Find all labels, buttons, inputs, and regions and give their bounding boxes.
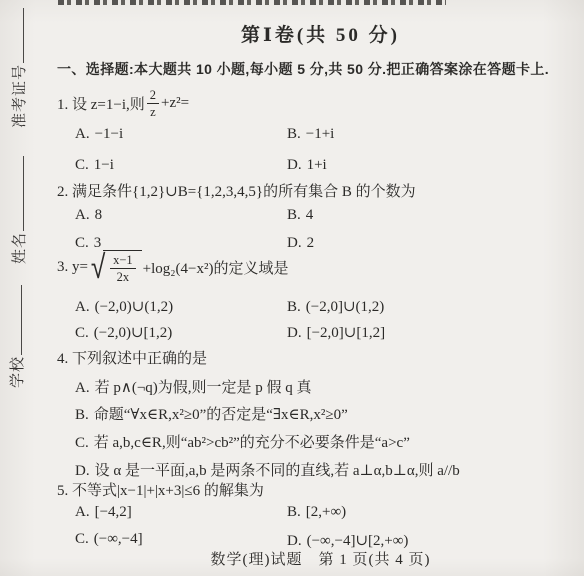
- question-3-stem: 3. y= √ x−1 2x +log₂(4−x²)的定义域是: [57, 250, 288, 285]
- option-label: D.: [75, 463, 90, 479]
- option-label: B.: [287, 504, 301, 520]
- q1-option-d: D.1+i: [287, 157, 327, 174]
- option-value: (−2,0]∪(1,2): [306, 299, 385, 315]
- option-label: A.: [75, 126, 90, 142]
- option-value: −1−i: [95, 126, 124, 142]
- option-label: D.: [287, 157, 302, 173]
- q1-stem-pre: 1. 设 z=1−i,则: [57, 93, 145, 114]
- option-value: 8: [95, 207, 103, 223]
- margin-field-school: 学校: [6, 285, 27, 388]
- fraction-numerator: x−1: [110, 253, 136, 269]
- q4-option-d: D.设 α 是一平面,a,b 是两条不同的直线,若 a⊥α,b⊥α,则 a//b: [75, 459, 460, 480]
- q4-option-a: A.若 p∧(¬q)为假,则一定是 p 假 q 真: [75, 376, 312, 397]
- q3-stem-post: +log₂(4−x²)的定义域是: [143, 257, 289, 278]
- question-5-stem: 5. 不等式|x−1|+|x+3|≤6 的解集为: [57, 479, 264, 500]
- option-value: (−2,0)∪[1,2): [94, 325, 173, 341]
- option-label: B.: [287, 299, 301, 315]
- q2-option-d: D.2: [287, 235, 314, 252]
- option-label: D.: [287, 235, 302, 251]
- fill-in-line: [8, 285, 22, 355]
- clipped-top-text-strip: [58, 0, 446, 5]
- option-value: 4: [306, 207, 314, 223]
- fill-in-line: [10, 8, 24, 63]
- fraction: x−1 2x: [110, 253, 136, 285]
- q2-option-b: B.4: [287, 207, 313, 224]
- fraction-denominator: z: [147, 104, 159, 119]
- q2-option-a: A.8: [75, 207, 102, 224]
- page-title: 第Ⅰ卷(共 50 分): [57, 20, 584, 47]
- fraction-denominator: 2x: [110, 269, 136, 284]
- option-label: A.: [75, 207, 90, 223]
- q3-option-d: D.[−2,0]∪[1,2]: [287, 323, 385, 342]
- q1-option-b: B.−1+i: [287, 126, 334, 143]
- exam-paper-page: 准考证号 姓名 学校 第Ⅰ卷(共 50 分) 一、选择题:本大题共 10 小题,…: [0, 0, 584, 576]
- q5-option-b: B.[2,+∞): [287, 504, 346, 521]
- fraction-numerator: 2: [147, 88, 159, 104]
- q3-option-a: A.(−2,0)∪(1,2): [75, 297, 173, 316]
- option-value: 2: [307, 235, 315, 251]
- fraction: 2 z: [147, 88, 159, 120]
- q1-option-c: C.1−i: [75, 157, 114, 174]
- margin-field-name: 姓名: [8, 156, 29, 264]
- option-label: B.: [287, 126, 301, 142]
- option-value: (−∞,−4]: [94, 531, 143, 547]
- radical-sign: √: [91, 253, 106, 281]
- option-value: 设 α 是一平面,a,b 是两条不同的直线,若 a⊥α,b⊥α,则 a//b: [95, 463, 460, 479]
- option-value: [−2,0]∪[1,2]: [307, 325, 386, 341]
- question-4-stem: 4. 下列叙述中正确的是: [57, 347, 207, 368]
- option-label: A.: [75, 504, 90, 520]
- option-label: A.: [75, 299, 90, 315]
- option-label: B.: [287, 207, 301, 223]
- option-value: [−4,2]: [95, 504, 132, 520]
- section-header: 一、选择题:本大题共 10 小题,每小题 5 分,共 50 分.把正确答案涂在答…: [57, 59, 549, 79]
- option-value: 1−i: [94, 157, 114, 173]
- option-value: 1+i: [307, 157, 327, 173]
- option-value: [2,+∞): [306, 504, 346, 520]
- q3-option-b: B.(−2,0]∪(1,2): [287, 297, 384, 316]
- option-label: B.: [75, 407, 89, 423]
- option-label: C.: [75, 235, 89, 251]
- margin-label-name: 姓名: [12, 232, 28, 264]
- option-label: C.: [75, 157, 89, 173]
- q4-option-b: B.命题“∀x∈R,x²≥0”的否定是“∃x∈R,x²≥0”: [75, 403, 348, 424]
- radicand: x−1 2x: [103, 250, 142, 285]
- question-2-stem: 2. 满足条件{1,2}∪B={1,2,3,4,5}的所有集合 B 的个数为: [57, 180, 416, 201]
- option-label: D.: [287, 533, 302, 549]
- page-footer: 数学(理)试题 第 1 页(共 4 页): [57, 548, 584, 569]
- option-label: C.: [75, 531, 89, 547]
- q3-stem-pre: 3. y=: [57, 259, 88, 276]
- question-1-stem: 1. 设 z=1−i,则 2 z +z²=: [57, 88, 189, 120]
- q1-stem-post: +z²=: [161, 95, 189, 112]
- option-label: A.: [75, 380, 90, 396]
- option-value: −1+i: [306, 126, 335, 142]
- square-root: √ x−1 2x: [89, 250, 142, 285]
- margin-field-exam-number: 准考证号: [8, 8, 29, 128]
- option-label: D.: [287, 325, 302, 341]
- q5-option-a: A.[−4,2]: [75, 504, 132, 521]
- option-value: (−∞,−4]∪[2,+∞): [307, 533, 409, 549]
- option-value: 若 p∧(¬q)为假,则一定是 p 假 q 真: [95, 380, 312, 396]
- margin-label-school: 学校: [10, 356, 26, 388]
- margin-label-exam-number: 准考证号: [12, 64, 28, 128]
- fill-in-line: [10, 156, 24, 231]
- q5-option-c: C.(−∞,−4]: [75, 531, 143, 548]
- option-label: C.: [75, 325, 89, 341]
- q1-option-a: A.−1−i: [75, 126, 123, 143]
- option-label: C.: [75, 435, 89, 451]
- option-value: 若 a,b,c∈R,则“ab²>cb²”的充分不必要条件是“a>c”: [94, 435, 410, 451]
- q4-option-c: C.若 a,b,c∈R,则“ab²>cb²”的充分不必要条件是“a>c”: [75, 431, 410, 452]
- q3-option-c: C.(−2,0)∪[1,2): [75, 323, 172, 342]
- option-value: 命题“∀x∈R,x²≥0”的否定是“∃x∈R,x²≥0”: [94, 407, 348, 423]
- option-value: (−2,0)∪(1,2): [95, 299, 174, 315]
